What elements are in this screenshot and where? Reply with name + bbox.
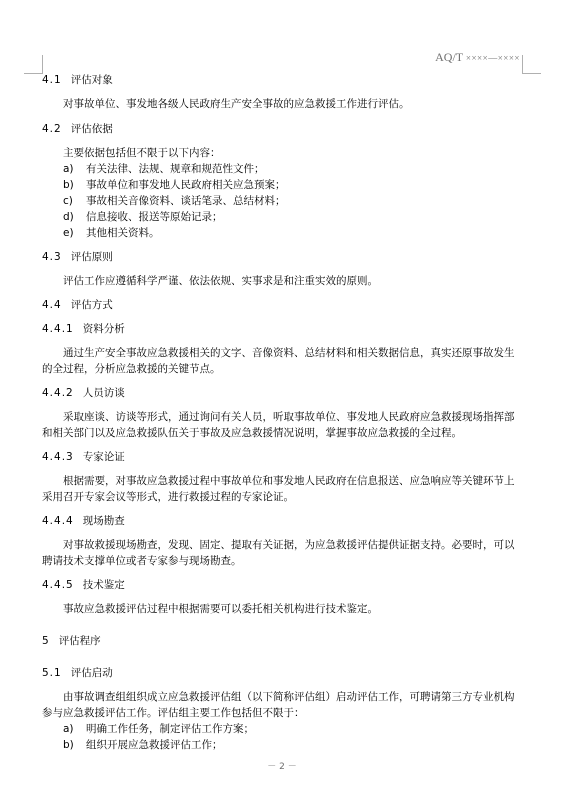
list-text: 组织开展应急救援评估工作；: [86, 739, 223, 751]
heading-number: 4.2: [42, 121, 62, 137]
code-suffix: ××××—××××: [466, 53, 520, 63]
crop-mark-left-vertical: [42, 55, 43, 73]
paragraph-continuation: 采用召开专家会议等形式，进行救援过程的专家论证。: [42, 489, 294, 505]
heading-title: 评估方式: [71, 299, 113, 311]
list-item: e)其他相关资料。: [63, 225, 160, 241]
list-marker: b): [63, 177, 86, 193]
paragraph: 评估工作应遵循科学严谨、依法依规、实事求是和注重实效的原则。: [63, 273, 378, 289]
list-item: a)明确工作任务，制定评估工作方案；: [63, 721, 254, 737]
list-item: c)事故相关音像资料、谈话笔录、总结材料；: [63, 193, 286, 209]
paragraph-continuation: 的全过程，分析应急救援的关键节点。: [42, 361, 221, 377]
list-item: b)事故单位和事发地人民政府相关应急预案；: [63, 177, 286, 193]
standard-code-header: AQ/T ××××—××××: [435, 50, 520, 65]
paragraph: 对事故单位、事发地各级人民政府生产安全事故的应急救援工作进行评估。: [63, 96, 410, 112]
heading-title: 评估依据: [71, 123, 113, 135]
heading-number: 4.4.3: [42, 449, 74, 465]
paragraph-continuation: 参与应急救援评估工作。评估组主要工作包括但不限于：: [42, 705, 305, 721]
paragraph: 通过生产安全事故应急救援相关的文字、音像资料、总结材料和相关数据信息，真实还原事…: [63, 345, 515, 361]
heading-5: 5评估程序: [42, 633, 101, 649]
heading-4-4-3: 4.4.3专家论证: [42, 449, 125, 465]
heading-title: 现场勘查: [83, 515, 125, 527]
list-marker: c): [63, 193, 86, 209]
list-marker: d): [63, 209, 86, 225]
heading-title: 评估原则: [71, 251, 113, 263]
heading-4-4-4: 4.4.4现场勘查: [42, 513, 125, 529]
heading-4-4: 4.4评估方式: [42, 297, 113, 313]
paragraph: 采取座谈、访谈等形式，通过询问有关人员，听取事故单位、事发地人民政府应急救援现场…: [63, 409, 515, 425]
heading-number: 4.4: [42, 297, 62, 313]
heading-4-2: 4.2评估依据: [42, 121, 113, 137]
heading-number: 4.4.1: [42, 321, 74, 337]
heading-4-4-5: 4.4.5技术鉴定: [42, 577, 125, 593]
heading-title: 技术鉴定: [83, 579, 125, 591]
list-marker: b): [63, 737, 86, 753]
heading-title: 人员访谈: [83, 387, 125, 399]
page-number: － 2 －: [0, 759, 564, 772]
heading-number: 5.1: [42, 665, 62, 681]
heading-4-4-2: 4.4.2人员访谈: [42, 385, 125, 401]
heading-title: 评估启动: [71, 667, 113, 679]
list-marker: a): [63, 721, 86, 737]
heading-5-1: 5.1评估启动: [42, 665, 113, 681]
crop-mark-left-horizontal: [24, 73, 43, 74]
list-text: 明确工作任务，制定评估工作方案；: [86, 723, 254, 735]
list-marker: e): [63, 225, 86, 241]
paragraph: 主要依据包括但不限于以下内容：: [63, 145, 221, 161]
heading-number: 4.3: [42, 249, 62, 265]
crop-mark-right-horizontal: [522, 73, 541, 74]
paragraph: 事故应急救援评估过程中根据需要可以委托相关机构进行技术鉴定。: [63, 601, 378, 617]
list-marker: a): [63, 161, 86, 177]
list-item: a)有关法律、法规、规章和规范性文件；: [63, 161, 265, 177]
paragraph-continuation: 和相关部门以及应急救援队伍关于事故及应急救援情况说明，掌握事故应急救援的全过程。: [42, 425, 462, 441]
heading-title: 资料分析: [83, 323, 125, 335]
list-text: 有关法律、法规、规章和规范性文件；: [86, 163, 265, 175]
crop-mark-right-vertical: [522, 55, 523, 73]
list-text: 信息接收、报送等原始记录；: [86, 211, 223, 223]
list-text: 事故单位和事发地人民政府相关应急预案；: [86, 179, 286, 191]
list-text: 事故相关音像资料、谈话笔录、总结材料；: [86, 195, 286, 207]
heading-4-3: 4.3评估原则: [42, 249, 113, 265]
heading-4-1: 4.1评估对象: [42, 72, 113, 88]
heading-number: 5: [42, 633, 50, 649]
heading-title: 评估程序: [59, 635, 101, 647]
paragraph-continuation: 聘请技术支撑单位或者专家参与现场勘查。: [42, 553, 242, 569]
paragraph: 由事故调查组组织成立应急救援评估组（以下简称评估组）启动评估工作，可聘请第三方专…: [63, 689, 515, 705]
code-prefix: AQ/T: [435, 50, 463, 64]
list-text: 其他相关资料。: [86, 227, 160, 239]
heading-number: 4.1: [42, 72, 62, 88]
heading-number: 4.4.4: [42, 513, 74, 529]
paragraph: 根据需要，对事故应急救援过程中事故单位和事发地人民政府在信息报送、应急响应等关键…: [63, 473, 515, 489]
document-page: AQ/T ××××—×××× 4.1评估对象 对事故单位、事发地各级人民政府生产…: [0, 0, 564, 812]
heading-title: 评估对象: [71, 74, 113, 86]
list-item: b)组织开展应急救援评估工作；: [63, 737, 223, 753]
heading-title: 专家论证: [83, 451, 125, 463]
heading-number: 4.4.2: [42, 385, 74, 401]
heading-4-4-1: 4.4.1资料分析: [42, 321, 125, 337]
list-item: d)信息接收、报送等原始记录；: [63, 209, 223, 225]
heading-number: 4.4.5: [42, 577, 74, 593]
paragraph: 对事故救援现场勘查，发现、固定、提取有关证据，为应急救援评估提供证据支持。必要时…: [63, 537, 515, 553]
